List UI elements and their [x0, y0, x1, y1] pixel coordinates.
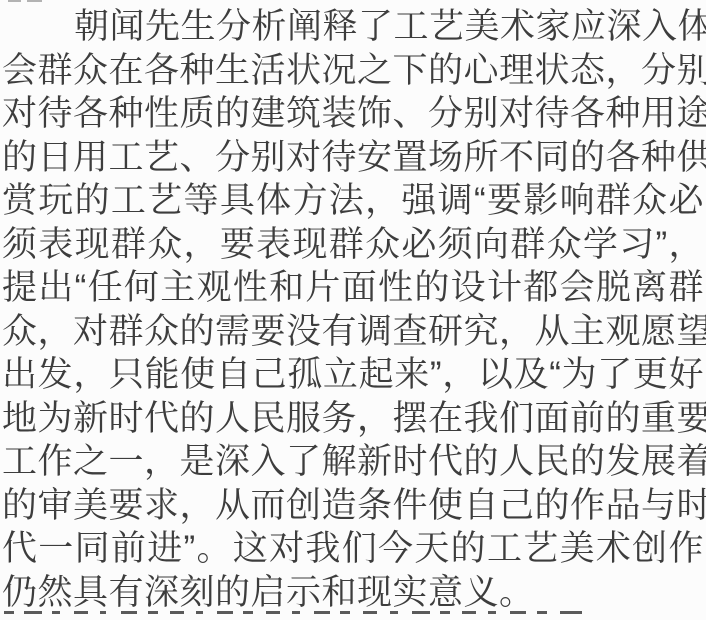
cropped-glyph-fragment: [52, 611, 60, 614]
cropped-glyph-fragment: [537, 611, 547, 614]
text-line: 的审美要求，从而创造条件使自己的作品与时: [2, 484, 704, 528]
text-line: 对待各种性质的建筑装饰、分别对待各种用途: [2, 92, 704, 136]
document-page: 朝闻先生分析阐释了工艺美术家应深入体会群众在各种生活状况之下的心理状态，分别对待…: [0, 0, 706, 620]
cropped-glyph-fragment: [4, 611, 14, 614]
text-line: 代一同前进”。这对我们今天的工艺美术创作: [2, 527, 704, 571]
cropped-glyph-fragment: [8, 0, 21, 2]
cropped-glyph-fragment: [100, 611, 106, 614]
cropped-glyph-fragment: [170, 611, 184, 614]
cropped-glyph-fragment: [196, 611, 203, 614]
cropped-glyph-fragment: [390, 611, 398, 614]
cropped-glyph-fragment: [27, 0, 42, 2]
cropped-glyph-fragment: [266, 611, 280, 614]
text-line: 地为新时代的人民服务，摆在我们面前的重要: [2, 397, 704, 441]
text-line: 仍然具有深刻的启示和现实意义。: [2, 571, 704, 615]
cropped-glyph-fragment: [74, 611, 88, 614]
cropped-glyph-fragment: [121, 611, 137, 614]
paragraph: 朝闻先生分析阐释了工艺美术家应深入体会群众在各种生活状况之下的心理状态，分别对待…: [2, 5, 704, 614]
text-line: 的日用工艺、分别对待安置场所不同的各种供: [2, 136, 704, 180]
text-line: 须表现群众，要表现群众必须向群众学习”，: [2, 223, 704, 267]
cropped-glyph-fragment: [292, 611, 300, 614]
cropped-glyph-fragment: [243, 611, 253, 614]
cropped-glyph-fragment: [462, 611, 476, 614]
text-line: 工作之一，是深入了解新时代的人民的发展着: [2, 440, 704, 484]
cropped-glyph-fragment: [24, 611, 42, 614]
text-line: 朝闻先生分析阐释了工艺美术家应深入体: [2, 5, 704, 49]
cropped-glyph-fragment: [510, 611, 526, 614]
text-line: 众，对群众的需要没有调查研究，从主观愿望: [2, 310, 704, 354]
cropped-glyph-fragment: [340, 611, 350, 614]
cropped-glyph-fragment: [148, 611, 158, 614]
text-line: 出发，只能使自己孤立起来”，以及“为了更好: [2, 353, 704, 397]
text-line: 赏玩的工艺等具体方法，强调“要影响群众必: [2, 179, 704, 223]
cropped-glyph-fragment: [560, 611, 582, 614]
cropped-glyph-fragment: [412, 611, 430, 614]
text-line: 会群众在各种生活状况之下的心理状态，分别: [2, 49, 704, 93]
cropped-glyph-fragment: [363, 611, 377, 614]
cropped-glyph-fragment: [488, 611, 496, 614]
cropped-glyph-fragment: [440, 611, 450, 614]
cropped-glyph-fragment: [217, 611, 233, 614]
text-line: 提出“任何主观性和片面性的设计都会脱离群: [2, 266, 704, 310]
cropped-glyph-fragment: [314, 611, 330, 614]
